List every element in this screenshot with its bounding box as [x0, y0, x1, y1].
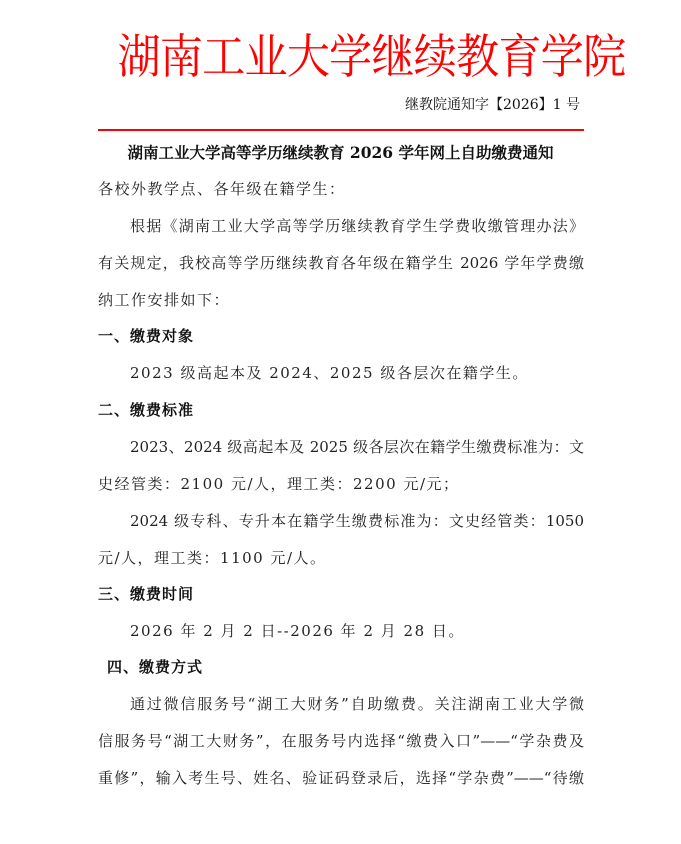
intro-line: 有关规定，我校高等学历继续教育各年级在籍学生 2026 学年学费缴 — [98, 251, 584, 275]
section-text: 元/人，理工类：1100 元/人。 — [98, 546, 584, 570]
section-text: 2023、2024 级高起本及 2025 级各层次在籍学生缴费标准为：文 — [130, 435, 584, 459]
salutation: 各校外教学点、各年级在籍学生： — [98, 177, 584, 201]
intro-line: 纳工作安排如下： — [98, 288, 584, 312]
section-text: 重修”，输入考生号、姓名、验证码登录后，选择“学杂费”——“待缴 — [98, 766, 584, 790]
section-text: 2023 级高起本及 2024、2025 级各层次在籍学生。 — [130, 361, 584, 385]
section-text: 信服务号“湖工大财务”，在服务号内选择“缴费入口”——“学杂费及 — [98, 729, 584, 753]
section-heading-method: 四、缴费方式 — [107, 655, 593, 679]
institution-masthead: 湖南工业大学继续教育学院 — [117, 28, 564, 88]
section-heading-time: 三、缴费时间 — [98, 582, 584, 606]
intro-line: 根据《湖南工业大学高等学历继续教育学生学费收缴管理办法》 — [130, 214, 584, 238]
section-text: 通过微信服务号“湖工大财务”自助缴费。关注湖南工业大学微 — [130, 692, 584, 716]
notice-title: 湖南工业大学高等学历继续教育 2026 学年网上自助缴费通知 — [0, 141, 681, 165]
document-number: 继教院通知字【2026】1 号 — [405, 95, 580, 115]
notice-document: 湖南工业大学继续教育学院 继教院通知字【2026】1 号 湖南工业大学高等学历继… — [0, 0, 681, 844]
red-header-rule — [98, 129, 584, 131]
section-text: 史经管类：2100 元/人，理工类：2200 元/元； — [98, 472, 584, 496]
section-heading-standard: 二、缴费标准 — [98, 398, 584, 422]
section-text: 2024 级专科、专升本在籍学生缴费标准为：文史经管类：1050 — [130, 509, 584, 533]
section-heading-payers: 一、缴费对象 — [98, 324, 584, 348]
section-text: 2026 年 2 月 2 日--2026 年 2 月 28 日。 — [130, 619, 584, 643]
